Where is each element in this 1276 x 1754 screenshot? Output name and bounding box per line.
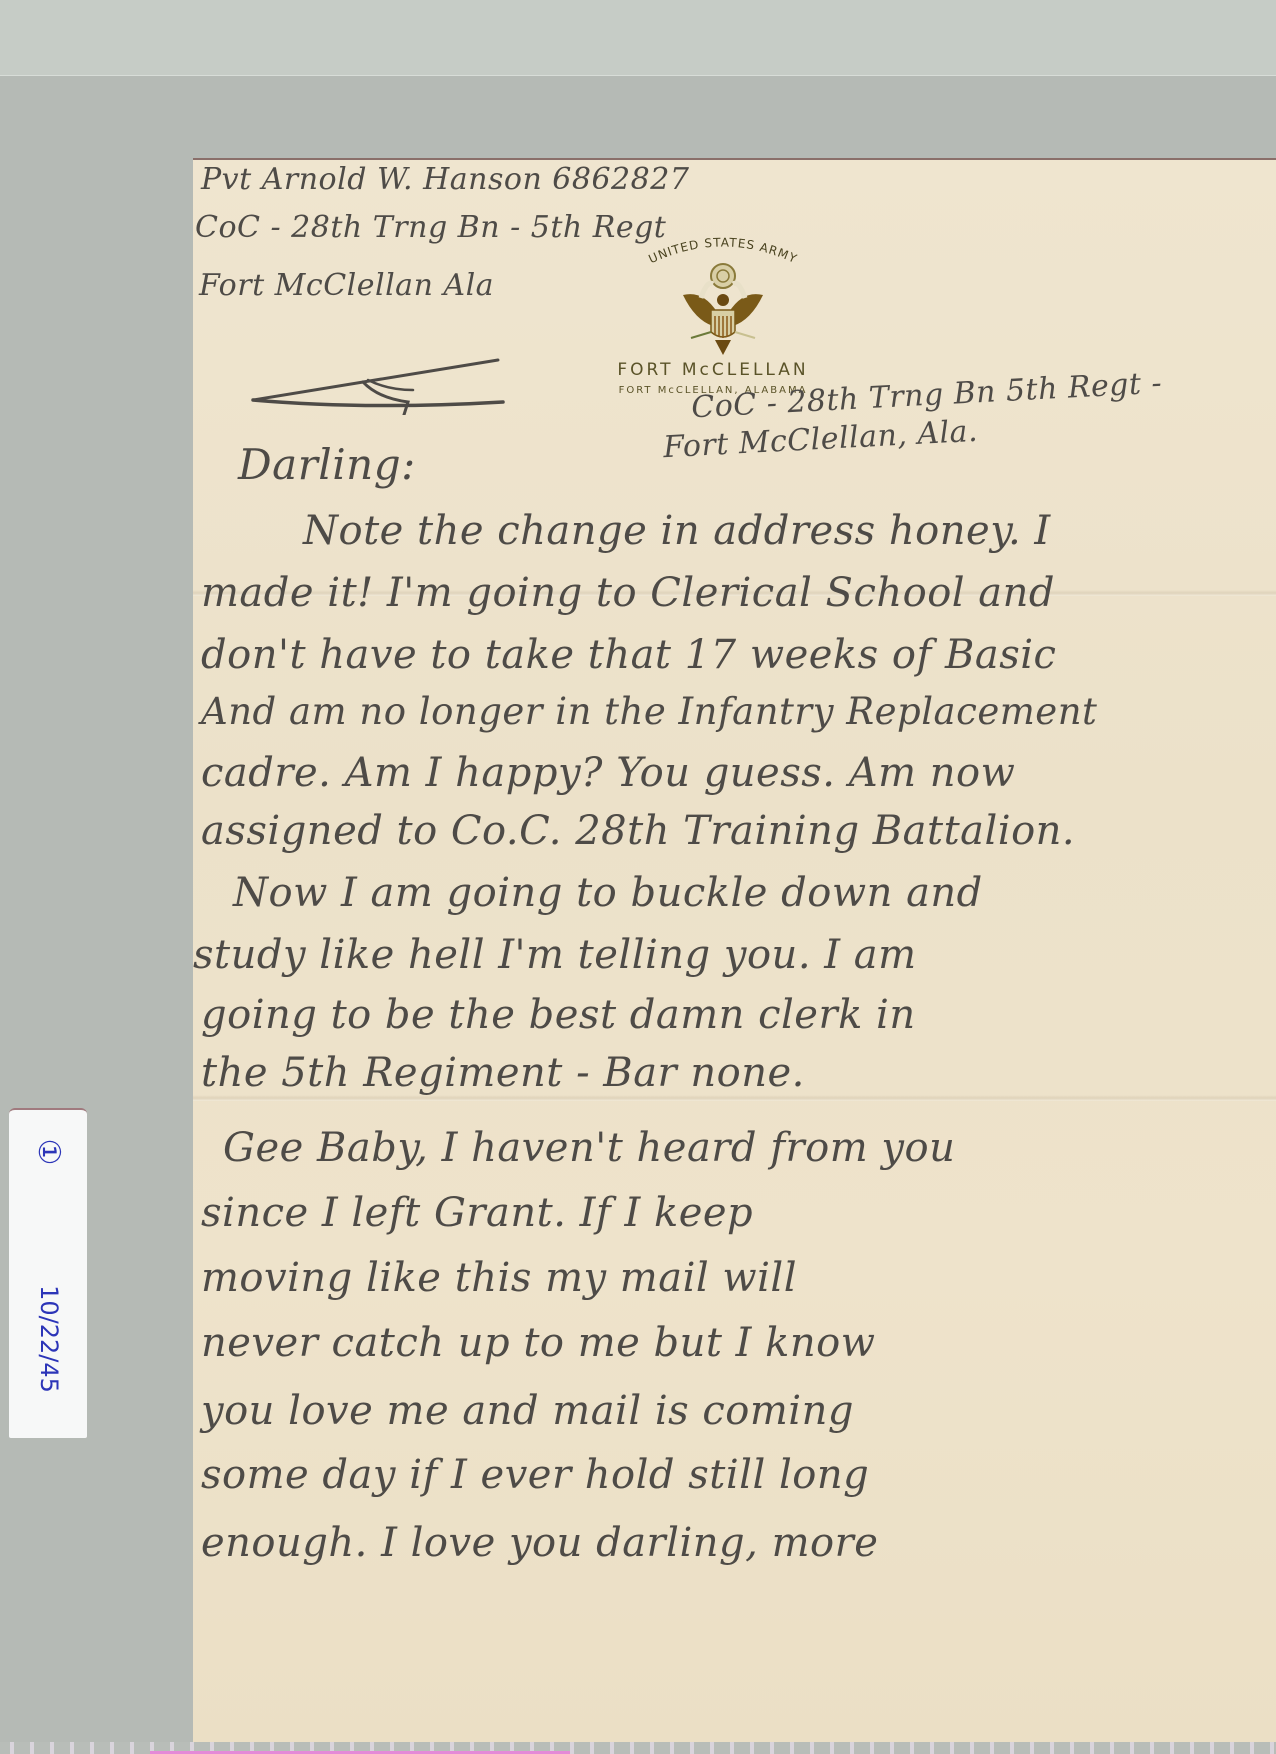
scanner-bottom-strip xyxy=(0,1742,1276,1754)
letter-line: assigned to Co.C. 28th Training Battalio… xyxy=(201,808,1075,854)
letter-line: And am no longer in the Infantry Replace… xyxy=(201,690,1097,733)
archive-side-label: ① 10/22/45 xyxy=(9,1108,87,1438)
return-address-line-1: Pvt Arnold W. Hanson 6862827 xyxy=(201,162,689,197)
letter-line: enough. I love you darling, more xyxy=(201,1520,878,1566)
scanner-top-strip xyxy=(0,0,1276,76)
salutation: Darling: xyxy=(238,440,416,489)
letter-line: moving like this my mail will xyxy=(201,1255,797,1301)
letter-line: Note the change in address honey. I xyxy=(303,508,1051,554)
page-number-label: ① xyxy=(31,1135,65,1169)
letter-line: never catch up to me but I know xyxy=(201,1320,876,1366)
letter-line: Now I am going to buckle down and xyxy=(233,870,983,916)
return-address-line-2: CoC - 28th Trng Bn - 5th Regt xyxy=(195,210,666,245)
date-label: 10/22/45 xyxy=(35,1279,63,1399)
letter-line: cadre. Am I happy? You guess. Am now xyxy=(201,750,1015,796)
letter-line: Gee Baby, I haven't heard from you xyxy=(223,1125,955,1171)
letter-page: Pvt Arnold W. Hanson 6862827 CoC - 28th … xyxy=(193,158,1276,1744)
underline-flourish-icon xyxy=(248,350,518,415)
letter-line: study like hell I'm telling you. I am xyxy=(193,932,917,978)
return-address-line-3: Fort McClellan Ala xyxy=(199,268,494,303)
letter-line: going to be the best damn clerk in xyxy=(201,992,916,1038)
letter-line: you love me and mail is coming xyxy=(201,1388,854,1434)
letter-line: made it! I'm going to Clerical School an… xyxy=(201,570,1055,616)
letter-line: some day if I ever hold still long xyxy=(201,1452,869,1498)
letter-line: since I left Grant. If I keep xyxy=(201,1190,753,1236)
letterhead-title: FORT McCLELLAN xyxy=(558,360,868,380)
letter-line: don't have to take that 17 weeks of Basi… xyxy=(201,632,1056,678)
eagle-seal-icon xyxy=(673,260,773,360)
letter-line: the 5th Regiment - Bar none. xyxy=(201,1050,805,1096)
